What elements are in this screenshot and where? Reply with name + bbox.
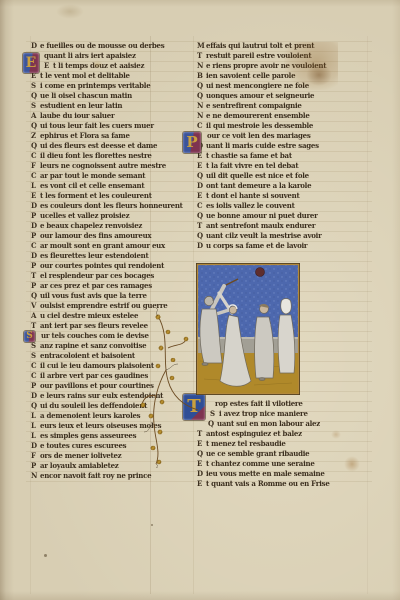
text-line: De leurs rains sur eulx estendoient [31,391,193,401]
text-line: Qui du souleil les deffendoient [31,401,193,411]
text-line: Et quant vais a Romme ou en Frise [197,479,369,489]
text-line: Et chantez comme une seraine [197,459,369,469]
text-line: Car par tout le monde semant [31,171,193,181]
ink-speck [44,554,47,557]
text-line: Sanz rapine et sanz convoitise [31,341,193,351]
text-line: Tel resplendeur par ces bocages [31,271,193,281]
text-line: Fleurs ne cognoissent autre mestre [31,161,193,171]
text-line: Des couleurs dont les fleurs honneurent [31,201,193,211]
text-line: Par loyaulx amiabletez [31,461,193,471]
text-line: Et le vent mol et delitable [31,71,193,81]
text-line: quant li airs iert apaisiez [31,51,193,61]
text-line: Ces iolis vallez le couvent [197,201,369,211]
text-line: Qui des fleurs est deesse et dame [31,141,193,151]
text-line: Quant li maris cuide estre sages [197,141,369,151]
text-line: Tantost espinguiez et balez [197,429,369,439]
text-line: Quil vous fust avis que la terre [31,291,193,301]
parchment-stain-top [56,4,84,19]
text-line: Sestudient en leur latin [31,101,193,111]
text-line: Tant sentrefont maulx endurer [197,221,369,231]
text-line: Zephirus et Flora sa fame [31,131,193,141]
text-line: ur tels couches com ie devise [31,331,193,341]
text-line: La demenoient leurs karoles [31,411,193,421]
text-line: Que li oisel chascun matin [31,91,193,101]
text-line: Ne sentrefirent compaignie [197,101,369,111]
right-column-upper: Meffais qui lautrui tolt et prentTrestui… [197,41,369,251]
miniature-jealous-husband-scene [196,263,300,395]
text-line: Pour courtes pointes qui rendoient [31,261,193,271]
manuscript-page: De fueilles ou de mousse ou derbesquant … [0,0,400,600]
text-line: Car moult sont en grant amour eux [31,241,193,251]
text-line: Et la fait vivre en tel debat [197,161,369,171]
text-line: Que ce semble grant ribaudie [197,449,369,459]
text-line: rop estes fait il vilotiere [197,399,369,409]
text-line: Pour lamour des fins amoureux [31,231,193,241]
text-line: Fors de mener iolivetez [31,451,193,461]
text-line: Quonques amour et seigneurie [197,91,369,101]
text-line: Et dont el hante si souvent [197,191,369,201]
decorated-initial-S: S [24,331,35,342]
text-line: Meffais qui lautrui tolt et prent [197,41,369,51]
text-line: Cil dieu font les florettes nestre [31,151,193,161]
text-line: Et chastie sa fame et bat [197,151,369,161]
sun-disc [256,268,265,277]
text-line: Pucelles et vallez proisiez [31,211,193,221]
decorated-initial-P: P [183,132,201,153]
text-line: Cil qui mestroie les dessemble [197,121,369,131]
decorated-initial-T: T [183,394,205,420]
text-line: Cil arbre vert par ces gaudines [31,371,193,381]
text-line: our ce voit len des mariages [197,131,369,141]
text-line: Au ciel destre mieux estelee [31,311,193,321]
text-line: Dont tant demeure a la karole [197,181,369,191]
text-line: Ne riens propre avoir ne vouloient [197,61,369,71]
text-line: Dieu vous mette en male semaine [197,469,369,479]
text-line: Pour pavillons et pour courtines [31,381,193,391]
text-line: Sentracoloient et baisoient [31,351,193,361]
text-line: Cil cui le ieu damours plaisoient [31,361,193,371]
text-line: Leurs ieux et leurs oiseuses moles [31,421,193,431]
text-line: Voulsist emprendre estrif ou guerre [31,301,193,311]
decorated-initial-E: E [23,53,39,73]
text-line: Nencor navoit fait roy ne prince [31,471,193,481]
left-column: De fueilles ou de mousse ou derbesquant … [31,41,193,481]
text-line: Par ces prez et par ces ramages [31,281,193,291]
text-line: Quant cilz veult la mestrise avoir [197,231,369,241]
text-line: Et menez tel resbaudie [197,439,369,449]
text-line: Et li temps douz et aaisiez [31,61,193,71]
text-line: De toutes cures escurees [31,441,193,451]
ink-speck [151,524,153,526]
text-line: A laube du iour saluer [31,111,193,121]
text-line: Quant sui en mon labour alez [197,419,369,429]
text-line: Du corps sa fame et de lavoir [197,241,369,251]
text-line: Les simples gens asseurees [31,431,193,441]
text-line: Tant iert par ses fleurs revelee [31,321,193,331]
text-line: Si come en printemps veritable [31,81,193,91]
text-line: De beaux chapelez renvoisiez [31,221,193,231]
right-column-lower: rop estes fait il vilotiereSi avez trop … [197,399,369,489]
text-line: Qui nest mencongiere ne fole [197,81,369,91]
text-line: Et les forment et les couleurent [31,191,193,201]
text-line: Trestuit pareil estre vouloient [197,51,369,61]
text-line: Ne ne demourerent ensemble [197,111,369,121]
ruling-vertical-col2 [193,36,194,594]
text-line: Si avez trop nice maniere [197,409,369,419]
text-line: Bien savoient celle parole [197,71,369,81]
text-line: Quil dit quelle est nice et fole [197,171,369,181]
text-line: Les vont cil et celle ensemant [31,181,193,191]
text-line: Qui tous leur fait les cuers muer [31,121,193,131]
text-line: De fueilles ou de mousse ou derbes [31,41,193,51]
text-line: Que bonne amour ni puet durer [197,211,369,221]
text-line: Des fleurettes leur estendoient [31,251,193,261]
